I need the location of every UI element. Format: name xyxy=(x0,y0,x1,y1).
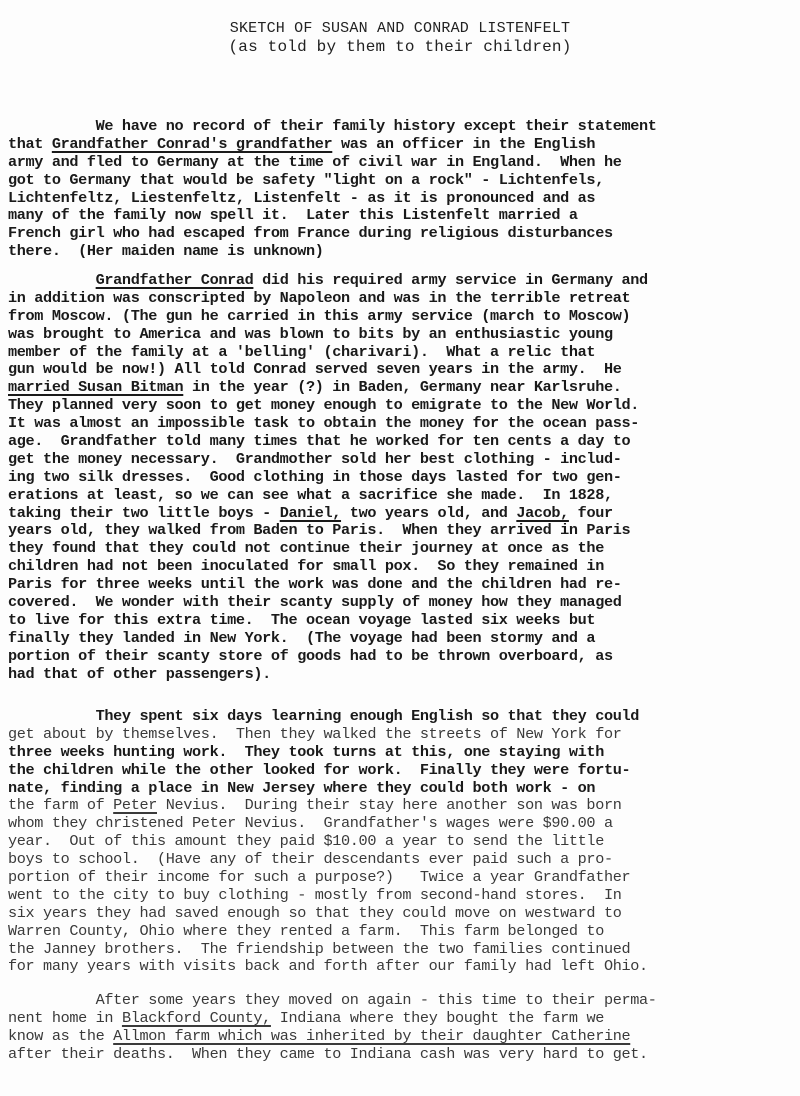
text-line: erations at least, so we can see what a … xyxy=(8,487,798,505)
text-line: Grandfather Conrad did his required army… xyxy=(8,272,798,290)
text-line: portion of their income for such a purpo… xyxy=(8,869,798,887)
text-line: three weeks hunting work. They took turn… xyxy=(8,744,798,762)
text-line: taking their two little boys - Daniel, t… xyxy=(8,505,798,523)
text-line: went to the city to buy clothing - mostl… xyxy=(8,887,798,905)
text-line: member of the family at a 'belling' (cha… xyxy=(8,344,798,362)
text-line: the children while the other looked for … xyxy=(8,762,798,780)
paragraph-new-york-and-ohio: They spent six days learning enough Engl… xyxy=(8,708,798,976)
text-line: whom they christened Peter Nevius. Grand… xyxy=(8,815,798,833)
text-line: finally they landed in New York. (The vo… xyxy=(8,630,798,648)
text-line: Lichtenfeltz, Liestenfeltz, Listenfelt -… xyxy=(8,190,798,208)
text-line: army and fled to Germany at the time of … xyxy=(8,154,798,172)
text-line: French girl who had escaped from France … xyxy=(8,225,798,243)
text-line: six years they had saved enough so that … xyxy=(8,905,798,923)
text-line: had that of other passengers). xyxy=(8,666,798,684)
text-line: for many years with visits back and fort… xyxy=(8,958,798,976)
text-line: get the money necessary. Grandmother sol… xyxy=(8,451,798,469)
document-page: SKETCH OF SUSAN AND CONRAD LISTENFELT (a… xyxy=(0,0,800,1096)
text-line: many of the family now spell it. Later t… xyxy=(8,207,798,225)
text-line: age. Grandfather told many times that he… xyxy=(8,433,798,451)
text-line: from Moscow. (The gun he carried in this… xyxy=(8,308,798,326)
underlined-phrase: Peter xyxy=(113,796,157,814)
text-line: was brought to America and was blown to … xyxy=(8,326,798,344)
underlined-phrase: Allmon farm which was inherited by their… xyxy=(113,1027,630,1045)
text-line: After some years they moved on again - t… xyxy=(8,992,798,1010)
text-line: married Susan Bitman in the year (?) in … xyxy=(8,379,798,397)
text-line: It was almost an impossible task to obta… xyxy=(8,415,798,433)
text-line: to live for this extra time. The ocean v… xyxy=(8,612,798,630)
text-line: the Janney brothers. The friendship betw… xyxy=(8,941,798,959)
text-line: after their deaths. When they came to In… xyxy=(8,1046,798,1064)
text-line: got to Germany that would be safety "lig… xyxy=(8,172,798,190)
text-line: in addition was conscripted by Napoleon … xyxy=(8,290,798,308)
underlined-phrase: Blackford County, xyxy=(122,1009,271,1027)
text-line: get about by themselves. Then they walke… xyxy=(8,726,798,744)
text-line: there. (Her maiden name is unknown) xyxy=(8,243,798,261)
text-line: They spent six days learning enough Engl… xyxy=(8,708,798,726)
text-line: children had not been inoculated for sma… xyxy=(8,558,798,576)
text-line: ing two silk dresses. Good clothing in t… xyxy=(8,469,798,487)
paragraph-army-and-emigration: Grandfather Conrad did his required army… xyxy=(8,272,798,683)
text-line: nent home in Blackford County, Indiana w… xyxy=(8,1010,798,1028)
text-line: portion of their scanty store of goods h… xyxy=(8,648,798,666)
underlined-phrase: Jacob, xyxy=(516,504,569,522)
underlined-phrase: Grandfather Conrad xyxy=(96,271,254,289)
text-line: they found that they could not continue … xyxy=(8,540,798,558)
text-line: nate, finding a place in New Jersey wher… xyxy=(8,780,798,798)
underlined-phrase: Daniel, xyxy=(280,504,341,522)
text-line: We have no record of their family histor… xyxy=(8,118,798,136)
text-line: boys to school. (Have any of their desce… xyxy=(8,851,798,869)
paragraph-family-origin: We have no record of their family histor… xyxy=(8,118,798,261)
text-line: covered. We wonder with their scanty sup… xyxy=(8,594,798,612)
text-line: that Grandfather Conrad's grandfather wa… xyxy=(8,136,798,154)
text-line: They planned very soon to get money enou… xyxy=(8,397,798,415)
underlined-phrase: Grandfather Conrad's grandfather xyxy=(52,135,332,153)
underlined-phrase: married Susan Bitman xyxy=(8,378,183,396)
text-line: Warren County, Ohio where they rented a … xyxy=(8,923,798,941)
text-line: year. Out of this amount they paid $10.0… xyxy=(8,833,798,851)
document-subtitle: (as told by them to their children) xyxy=(0,38,800,56)
text-line: years old, they walked from Baden to Par… xyxy=(8,522,798,540)
text-line: Paris for three weeks until the work was… xyxy=(8,576,798,594)
text-line: the farm of Peter Nevius. During their s… xyxy=(8,797,798,815)
document-title: SKETCH OF SUSAN AND CONRAD LISTENFELT xyxy=(0,20,800,37)
text-line: gun would be now!) All told Conrad serve… xyxy=(8,361,798,379)
text-line: know as the Allmon farm which was inheri… xyxy=(8,1028,798,1046)
paragraph-indiana: After some years they moved on again - t… xyxy=(8,992,798,1064)
